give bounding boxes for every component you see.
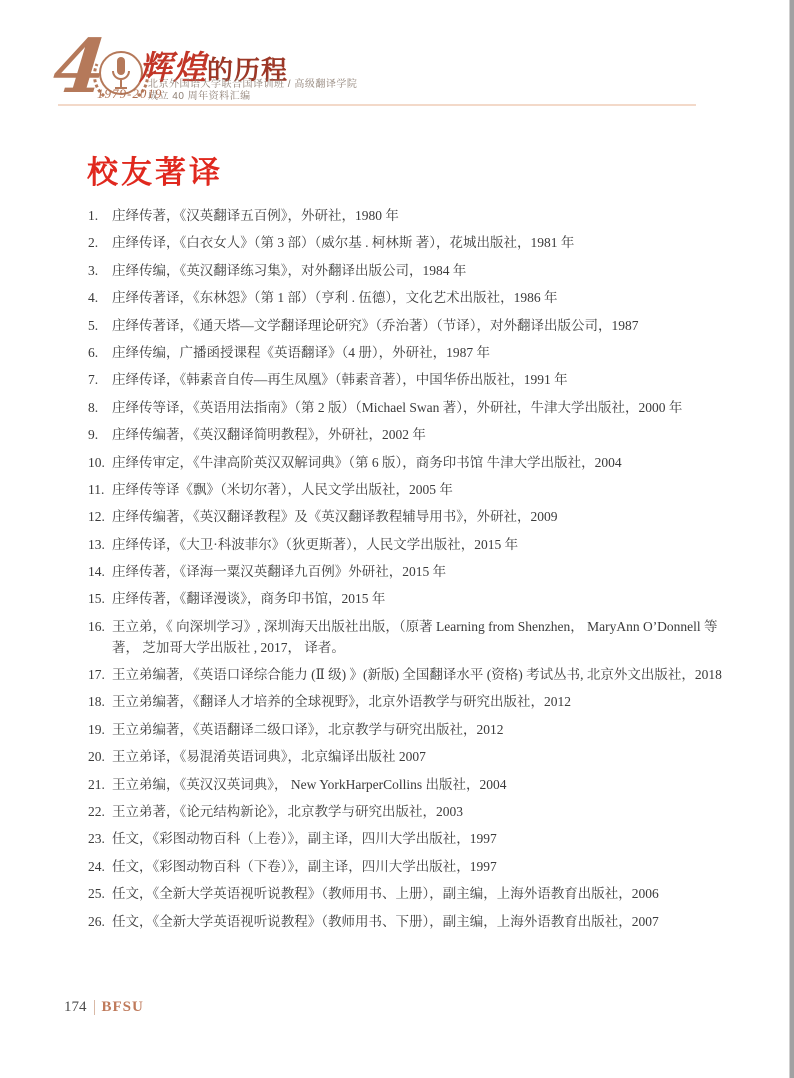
- list-item: 17. 王立弟编著, 《英语口译综合能力 (Ⅱ 级) 》(新版) 全国翻译水平 …: [88, 665, 740, 686]
- list-item-text: 任文，《彩图动物百科（下卷）》，副主译，四川大学出版社，1997: [112, 857, 740, 878]
- page-footer: 174 BFSU: [64, 999, 144, 1016]
- list-item-number: 22.: [88, 802, 112, 823]
- list-item-number: 13.: [88, 535, 112, 556]
- list-item-text: 庄绎传编，《英汉翻译练习集》，对外翻译出版公司，1984 年: [112, 261, 740, 282]
- list-item: 23. 任文，《彩图动物百科（上卷）》，副主译，四川大学出版社，1997: [88, 829, 740, 850]
- list-item-text: 任文，《全新大学英语视听说教程》（教师用书、上册），副主编，上海外语教育出版社，…: [112, 884, 740, 905]
- list-item-text: 庄绎传著，《译海一粟汉英翻译九百例》外研社，2015 年: [112, 562, 740, 583]
- list-item-text: 庄绎传编著，《英汉翻译简明教程》，外研社，2002 年: [112, 425, 740, 446]
- list-item: 14. 庄绎传著，《译海一粟汉英翻译九百例》外研社，2015 年: [88, 562, 740, 583]
- footer-divider: [94, 1000, 95, 1015]
- list-item-number: 23.: [88, 829, 112, 850]
- list-item: 18. 王立弟编著，《翻译人才培养的全球视野》，北京外语教学与研究出版社，201…: [88, 692, 740, 713]
- list-item-text: 王立弟译，《易混淆英语词典》，北京编译出版社 2007: [112, 747, 740, 768]
- footer-brand: BFSU: [102, 999, 144, 1016]
- logo-subtitle: 北京外国语大学联合国译训班 / 高级翻译学院 成立 40 周年资料汇编: [148, 79, 357, 103]
- list-item: 16. 王立弟，《 向深圳学习》, 深圳海天出版社出版，（原著 Learning…: [88, 617, 740, 659]
- list-item-number: 8.: [88, 398, 112, 419]
- page-number: 174: [64, 999, 87, 1016]
- list-item-number: 6.: [88, 343, 112, 364]
- list-item-number: 24.: [88, 857, 112, 878]
- logo-subtitle-line2: 成立 40 周年资料汇编: [148, 91, 357, 103]
- list-item: 4. 庄绎传著译，《东林怨》（第 1 部）（亨利 . 伍德），文化艺术出版社，1…: [88, 288, 740, 309]
- list-item: 1. 庄绎传著，《汉英翻译五百例》，外研社，1980 年: [88, 206, 740, 227]
- list-item: 20. 王立弟译，《易混淆英语词典》，北京编译出版社 2007: [88, 747, 740, 768]
- list-item: 26. 任文，《全新大学英语视听说教程》（教师用书、下册），副主编，上海外语教育…: [88, 912, 740, 933]
- list-item: 12. 庄绎传编著，《英汉翻译教程》及《英汉翻译教程辅导用书》，外研社，2009: [88, 507, 740, 528]
- list-item-number: 3.: [88, 261, 112, 282]
- list-item-text: 庄绎传编著，《英汉翻译教程》及《英汉翻译教程辅导用书》，外研社，2009: [112, 507, 740, 528]
- list-item-number: 17.: [88, 665, 112, 686]
- list-item: 13. 庄绎传译，《大卫·科波菲尔》（狄更斯著），人民文学出版社，2015 年: [88, 535, 740, 556]
- list-item: 22. 王立弟著，《论元结构新论》，北京教学与研究出版社，2003: [88, 802, 740, 823]
- list-item-text: 庄绎传等译《飘》（米切尔著），人民文学出版社，2005 年: [112, 480, 740, 501]
- list-item-text: 庄绎传等译，《英语用法指南》（第 2 版）（Michael Swan 著），外研…: [112, 398, 740, 419]
- list-item-text: 王立弟，《 向深圳学习》, 深圳海天出版社出版，（原著 Learning fro…: [112, 617, 740, 659]
- list-item: 7. 庄绎传译，《韩素音自传—再生凤凰》（韩素音著），中国华侨出版社，1991 …: [88, 370, 740, 391]
- list-item: 10. 庄绎传审定，《牛津高阶英汉双解词典》（第 6 版），商务印书馆 牛津大学…: [88, 453, 740, 474]
- list-item: 19. 王立弟编著，《英语翻译二级口译》，北京教学与研究出版社，2012: [88, 720, 740, 741]
- list-item-text: 庄绎传著，《汉英翻译五百例》，外研社，1980 年: [112, 206, 740, 227]
- list-item: 11. 庄绎传等译《飘》（米切尔著），人民文学出版社，2005 年: [88, 480, 740, 501]
- list-item: 2. 庄绎传译，《白衣女人》（第 3 部）（威尔基 . 柯林斯 著），花城出版社…: [88, 233, 740, 254]
- works-list: 1. 庄绎传著，《汉英翻译五百例》，外研社，1980 年 2. 庄绎传译，《白衣…: [88, 206, 740, 939]
- logo-subtitle-line1: 北京外国语大学联合国译训班 / 高级翻译学院: [148, 79, 357, 91]
- list-item: 3. 庄绎传编，《英汉翻译练习集》，对外翻译出版公司，1984 年: [88, 261, 740, 282]
- list-item-text: 庄绎传译，《大卫·科波菲尔》（狄更斯著），人民文学出版社，2015 年: [112, 535, 740, 556]
- list-item-number: 25.: [88, 884, 112, 905]
- list-item: 8. 庄绎传等译，《英语用法指南》（第 2 版）（Michael Swan 著）…: [88, 398, 740, 419]
- header-divider: [58, 104, 696, 106]
- list-item: 21. 王立弟编，《英汉汉英词典》， New YorkHarperCollins…: [88, 775, 740, 796]
- list-item: 9. 庄绎传编著，《英汉翻译简明教程》，外研社，2002 年: [88, 425, 740, 446]
- list-item-number: 19.: [88, 720, 112, 741]
- list-item: 5. 庄绎传著译，《通天塔—文学翻译理论研究》（乔治著）（节译），对外翻译出版公…: [88, 316, 740, 337]
- list-item-number: 9.: [88, 425, 112, 446]
- list-item-text: 庄绎传编，广播函授课程《英语翻译》（4 册），外研社，1987 年: [112, 343, 740, 364]
- list-item-text: 王立弟编著, 《英语口译综合能力 (Ⅱ 级) 》(新版) 全国翻译水平 (资格)…: [112, 665, 740, 686]
- list-item-text: 庄绎传著，《翻译漫谈》，商务印书馆，2015 年: [112, 589, 740, 610]
- list-item-number: 2.: [88, 233, 112, 254]
- list-item-text: 任文，《全新大学英语视听说教程》（教师用书、下册），副主编，上海外语教育出版社，…: [112, 912, 740, 933]
- list-item-number: 16.: [88, 617, 112, 638]
- list-item-text: 王立弟编，《英汉汉英词典》， New YorkHarperCollins 出版社…: [112, 775, 740, 796]
- list-item-number: 10.: [88, 453, 112, 474]
- list-item-number: 1.: [88, 206, 112, 227]
- list-item-text: 庄绎传译，《韩素音自传—再生凤凰》（韩素音著），中国华侨出版社，1991 年: [112, 370, 740, 391]
- list-item-number: 20.: [88, 747, 112, 768]
- list-item: 15. 庄绎传著，《翻译漫谈》，商务印书馆，2015 年: [88, 589, 740, 610]
- list-item-text: 王立弟著，《论元结构新论》，北京教学与研究出版社，2003: [112, 802, 740, 823]
- list-item-text: 庄绎传审定，《牛津高阶英汉双解词典》（第 6 版），商务印书馆 牛津大学出版社，…: [112, 453, 740, 474]
- list-item-number: 7.: [88, 370, 112, 391]
- list-item-number: 21.: [88, 775, 112, 796]
- list-item-text: 任文，《彩图动物百科（上卷）》，副主译，四川大学出版社，1997: [112, 829, 740, 850]
- scrollbar[interactable]: [789, 0, 794, 1078]
- list-item-number: 14.: [88, 562, 112, 583]
- list-item: 6. 庄绎传编，广播函授课程《英语翻译》（4 册），外研社，1987 年: [88, 343, 740, 364]
- list-item-number: 18.: [88, 692, 112, 713]
- list-item-text: 庄绎传译，《白衣女人》（第 3 部）（威尔基 . 柯林斯 著），花城出版社，19…: [112, 233, 740, 254]
- list-item-text: 王立弟编著，《翻译人才培养的全球视野》，北京外语教学与研究出版社，2012: [112, 692, 740, 713]
- list-item-number: 15.: [88, 589, 112, 610]
- list-item-text: 庄绎传著译，《通天塔—文学翻译理论研究》（乔治著）（节译），对外翻译出版公司，1…: [112, 316, 740, 337]
- list-item-text: 庄绎传著译，《东林怨》（第 1 部）（亨利 . 伍德），文化艺术出版社，1986…: [112, 288, 740, 309]
- list-item-number: 26.: [88, 912, 112, 933]
- page-title: 校友著译: [87, 147, 223, 192]
- list-item: 24. 任文，《彩图动物百科（下卷）》，副主译，四川大学出版社，1997: [88, 857, 740, 878]
- list-item-number: 4.: [88, 288, 112, 309]
- document-page: 4 1979-2019 辉煌的历程 北京外国语大学联合国译训班 / 高级翻译学院…: [0, 0, 794, 1078]
- list-item: 25. 任文，《全新大学英语视听说教程》（教师用书、上册），副主编，上海外语教育…: [88, 884, 740, 905]
- list-item-number: 12.: [88, 507, 112, 528]
- list-item-number: 5.: [88, 316, 112, 337]
- list-item-number: 11.: [88, 480, 112, 501]
- list-item-text: 王立弟编著，《英语翻译二级口译》，北京教学与研究出版社，2012: [112, 720, 740, 741]
